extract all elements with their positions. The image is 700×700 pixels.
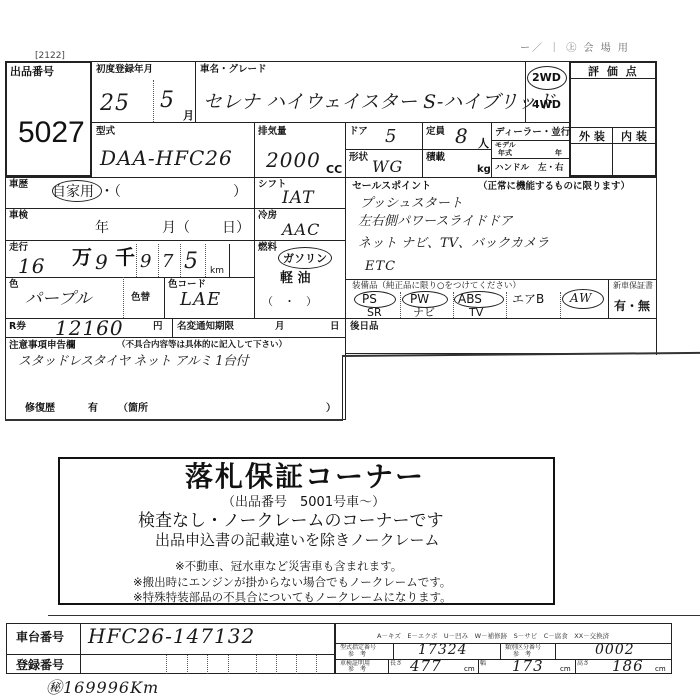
color-code-value: LAE [180, 291, 221, 309]
equip-ps[interactable]: PS [362, 293, 377, 305]
footnote-mileage: ㊙169996Km [46, 680, 159, 696]
divider [393, 643, 394, 659]
fuel-gasoline[interactable]: ガソリン [283, 253, 327, 264]
notes-value: スタッドレスタイヤ ネット アルミ 1台付 [18, 355, 248, 368]
divider [80, 623, 81, 674]
divider [571, 127, 655, 128]
divider [491, 158, 569, 159]
height-value: 186 [612, 659, 644, 674]
length-value: 477 [410, 659, 442, 674]
divider [172, 318, 173, 337]
divider [6, 654, 335, 655]
mileage-digit-3: 5 [184, 251, 199, 273]
height-unit: cm [655, 666, 666, 673]
reg-divider [228, 655, 229, 674]
first-reg-month-unit: 月 [183, 110, 194, 121]
sales-points-label: セールスポイント [352, 182, 431, 192]
lot-number: 5027 [18, 118, 85, 148]
divider [506, 292, 507, 318]
divider [571, 143, 655, 144]
history-label: 車歴 [9, 180, 28, 190]
divider [5, 277, 254, 278]
body-type-label: 形状 [349, 153, 368, 163]
chassis-value: HFC26-147132 [88, 626, 255, 646]
divider [571, 78, 655, 79]
category-value: 0002 [595, 643, 635, 657]
load-label: 積載 [426, 153, 445, 163]
divider [525, 61, 526, 123]
reg-divider [207, 655, 208, 674]
reg-divider [256, 655, 257, 674]
width-label: 幅 [480, 661, 486, 667]
drive-2wd[interactable]: 2WD [532, 72, 561, 83]
repair-value: 有 [88, 404, 98, 414]
divider [608, 279, 609, 318]
digit-divider [158, 244, 159, 277]
warranty-options: 有・無 [614, 300, 650, 312]
equip-sr[interactable]: SR [367, 307, 382, 318]
reg-divider [296, 655, 297, 674]
car-name-label: 車名・グレード [200, 65, 267, 75]
divider [195, 61, 196, 123]
digit-divider [180, 244, 181, 277]
reg-divider [187, 655, 188, 674]
sheet-code: [2122] [35, 52, 65, 61]
reg-divider [166, 655, 167, 674]
divider [5, 337, 345, 338]
divider [254, 122, 255, 177]
notes-label: 注意事項申告欄 [9, 341, 76, 351]
recycle-unit: 円 [153, 322, 163, 332]
divider [5, 240, 345, 241]
name-change-month: 月 [275, 322, 285, 332]
inspection-label: 車検 [9, 211, 28, 221]
drive-4wd[interactable]: 4WD [532, 99, 561, 110]
guarantee-title: 落札保証コーナー [185, 463, 425, 491]
registration-label: 登録番号 [16, 659, 64, 671]
mileage-digit-1: 9 [140, 253, 152, 271]
mileage-sen-unit: 千 [115, 247, 135, 267]
displacement-label: 排気量 [258, 127, 287, 137]
guarantee-note-1: ※不動車、冠水車など災害車も含まれます。 [175, 561, 402, 573]
recycle-label: R券 [9, 322, 26, 332]
repair-close: ） [326, 404, 336, 414]
mileage-unit: km [210, 267, 224, 276]
type-designation-value: 17324 [418, 643, 468, 657]
equipment-label: 装備品（純正品に限り○をつけてください） [352, 282, 521, 291]
load-unit: kg [477, 165, 491, 175]
warranty-label: 新車保証書 [613, 282, 653, 290]
exterior-label: 外 装 [579, 131, 605, 142]
reg-divider [316, 655, 317, 674]
divider [345, 149, 491, 150]
interior-label: 内 装 [621, 131, 647, 142]
length-unit: cm [464, 666, 475, 673]
paper-overlap [346, 355, 700, 425]
divider [123, 277, 124, 318]
width-value: 173 [512, 659, 544, 674]
sales-points-note: （正常に機能するものに限ります） [478, 182, 630, 192]
capacity-unit: 人 [478, 138, 489, 149]
repair-label: 修復歴 [25, 404, 55, 414]
divider [555, 643, 556, 659]
equip-aw[interactable]: AW [570, 292, 593, 304]
equip-tv[interactable]: TV [469, 307, 483, 318]
history-rest: ・（ ） [100, 185, 247, 199]
name-change-day: 日 [330, 322, 340, 332]
equip-navi[interactable]: ナビ [413, 307, 435, 318]
dealer-label: ディーラー・並行 [495, 128, 570, 138]
type-designation-sub: 参 考 [348, 652, 366, 658]
history-value: 自家用 [52, 185, 94, 199]
color-change-label: 色替 [131, 293, 150, 303]
guarantee-note-3: ※特殊特装部品の不具合についてもノークレームになります。 [133, 592, 452, 604]
first-reg-month: 5 [160, 90, 175, 112]
divider [478, 659, 479, 674]
guarantee-subtitle: （出品番号 5001号車～） [222, 496, 385, 509]
divider [560, 292, 561, 318]
color-value: パープル [25, 291, 91, 308]
divider [254, 177, 255, 318]
steering-label: ハンドル [495, 164, 529, 173]
mileage-man: 16 [18, 256, 45, 276]
guarantee-note-2: ※搬出時にエンジンが掛からない場合でもノークレームです。 [133, 577, 451, 589]
damage-legend: A－キズ E－エクボ U－凹み W－補修跡 S－サビ C－腐食 XX－交換済 [377, 633, 609, 640]
divider [48, 615, 700, 616]
divider [229, 244, 230, 277]
width-unit: cm [560, 666, 571, 673]
equip-pw[interactable]: PW [410, 293, 429, 305]
score-label: 評 価 点 [588, 66, 639, 77]
mileage-man-unit: 万 [72, 247, 92, 267]
divider [164, 277, 165, 318]
capacity-value: 8 [455, 126, 469, 146]
guarantee-line1: 検査なし・ノークレームのコーナーです [138, 513, 444, 530]
ac-label: 冷房 [258, 211, 277, 221]
repair-location: （箇所 [118, 404, 148, 414]
digit-divider [205, 244, 206, 277]
length-label: 長さ [390, 661, 402, 667]
doors-value: 5 [385, 128, 397, 146]
model-year-label-2: 年式 [498, 150, 512, 157]
divider [500, 643, 501, 659]
mileage-label: 走行 [9, 243, 28, 253]
capacity-label: 定員 [426, 127, 445, 137]
displacement-value: 2000 [266, 150, 321, 170]
model-year-label-1: モデル [495, 142, 516, 149]
model-code-label: 型式 [96, 127, 115, 137]
first-reg-divider [153, 80, 154, 122]
equip-airbag[interactable]: エアB [512, 293, 544, 305]
model-code-value: DAA-HFC26 [100, 148, 233, 168]
color-label: 色 [9, 280, 19, 290]
divider [388, 659, 389, 674]
recycle-value: 12160 [55, 318, 124, 338]
displacement-unit: CC [326, 164, 342, 175]
chassis-label: 車台番号 [16, 631, 64, 643]
divider [491, 122, 492, 177]
divider [5, 177, 657, 178]
later-items-label: 後日品 [350, 322, 379, 332]
steering-options: 左・右 [538, 164, 564, 173]
first-reg-year: 25 [100, 93, 130, 115]
ac-value: AAC [282, 222, 320, 238]
equip-abs[interactable]: ABS [458, 293, 482, 305]
shift-value: IAT [282, 190, 314, 207]
fuel-diesel[interactable]: 軽 油 [280, 272, 311, 285]
divider [400, 292, 401, 318]
paper-edge-bottom [5, 419, 343, 421]
car-name-value: セレナ ハイウェイスター S-ハイブリッド [203, 93, 555, 112]
fuel-label: 燃料 [258, 243, 277, 253]
body-type-value: WG [372, 159, 403, 175]
reg-divider [276, 655, 277, 674]
guarantee-line2: 出品申込書の記載違いを除きノークレーム [155, 533, 440, 548]
dimensions-sub: 参 考 [348, 667, 366, 673]
digit-divider [136, 244, 137, 277]
divider [345, 279, 657, 280]
mileage-digit-2: 7 [162, 253, 174, 271]
model-year-unit: 年 [555, 150, 562, 157]
divider [612, 127, 613, 175]
first-reg-label: 初度登録年月 [96, 65, 153, 75]
sales-point-3: ネット ナビ、TV、バックカメラ [358, 237, 549, 250]
lot-label: 出品番号 [10, 66, 54, 77]
sales-point-2: 左右側パワースライドドア [358, 215, 513, 228]
divider [92, 122, 569, 123]
inspection-year-unit: 年 [95, 221, 109, 235]
divider [5, 208, 345, 209]
notes-hint: （不具合内容等は具体的に記入して下さい） [117, 341, 287, 350]
height-label: 高さ [577, 661, 589, 667]
doors-label: ドア [349, 127, 368, 137]
paper-edge-left [342, 357, 343, 419]
inspection-month-unit: 月（ [162, 221, 190, 235]
divider [575, 659, 576, 674]
divider [345, 318, 657, 319]
fuel-other: （ ・ ） [262, 296, 317, 307]
inspection-day-unit: 日） [222, 221, 250, 235]
mileage-sen: 9 [95, 252, 109, 272]
divider [453, 292, 454, 318]
sales-point-4: ETC [365, 260, 396, 273]
name-change-label: 名変通知期限 [177, 322, 234, 332]
venue-stamp: ー／ ｜ ㊤ 会 場 用 [520, 44, 630, 54]
sales-point-1: プッシュスタート [360, 197, 463, 210]
